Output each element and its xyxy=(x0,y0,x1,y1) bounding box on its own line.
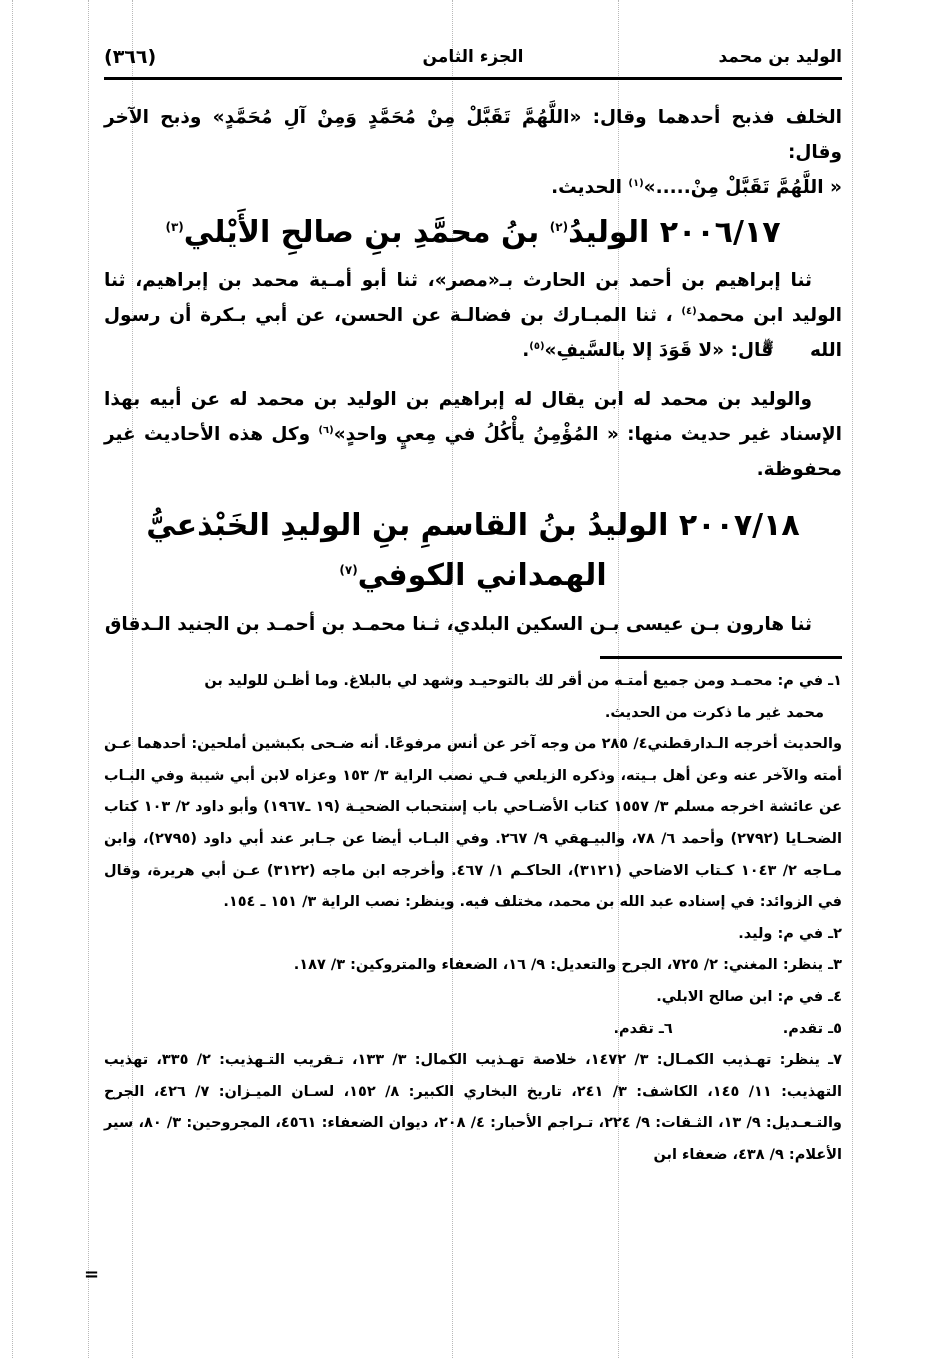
continuation-mark: = xyxy=(84,1266,99,1284)
footnote-text: ١ـ في م: محمـد ومن جميع أمتـه من أقر لك … xyxy=(204,673,842,689)
footnote-4: ٤ـ في م: ابن صالح الابلي. xyxy=(104,982,842,1014)
paragraph-commentary: والوليد بن محمد له ابن يقال له إبراهيم ب… xyxy=(104,382,842,487)
book-page: الوليد بن محمد الجزء الثامن (٣٦٦) الخلف … xyxy=(0,0,939,1358)
text-line: الحديث. xyxy=(551,177,628,198)
footnote-ref[interactable]: (٦) xyxy=(318,425,333,436)
footnote-ref[interactable]: (٤) xyxy=(681,306,696,317)
text-line: الخلف فذبح أحدهما وقال: «اللَّهُمَّ تَقَ… xyxy=(104,107,842,163)
footnote-7: ٧ـ ينظر: تهـذيب الكمـال: ٣/ ١٤٧٢، خلاصة … xyxy=(104,1045,842,1171)
footnotes: ١ـ في م: محمـد ومن جميع أمتـه من أقر لك … xyxy=(104,666,842,1172)
footnote-text: محمد غير ما ذكرت من الحديث. xyxy=(104,698,842,730)
footnote-1-continued: والحديث أخرجه الـدارقطني٤/ ٢٨٥ من وجه آخ… xyxy=(104,729,842,919)
text-line: « اللَّهُمَّ تَقَبَّلْ مِنْ.....» xyxy=(644,177,842,198)
entry-heading-2007: ٢٠٠٧/١٨ الوليدُ بنُ القاسمِ بنِ الوليدِ … xyxy=(104,501,842,601)
footnote-text: ٢ـ في م: وليد. xyxy=(738,926,842,942)
footnote-5: ٥ـ تقدم. xyxy=(783,1014,842,1046)
paragraph-isnad: ثنا هارون بـن عيسى بـن السكين البلدي، ثـ… xyxy=(104,607,842,642)
footnote-text: ٣ـ ينظر: المغني: ٢/ ٧٢٥، الجرح والتعديل:… xyxy=(294,957,842,973)
running-head: الوليد بن محمد الجزء الثامن (٣٦٦) xyxy=(104,44,842,74)
main-text: الخلف فذبح أحدهما وقال: «اللَّهُمَّ تَقَ… xyxy=(104,100,842,642)
footnote-text: ٤ـ في م: ابن صالح الابلي. xyxy=(656,989,842,1005)
footnote-ref[interactable]: (٥) xyxy=(529,341,544,352)
footnote-6: ٦ـ تقدم. xyxy=(613,1014,672,1046)
volume-label: الجزء الثامن xyxy=(422,44,523,70)
running-title: الوليد بن محمد xyxy=(718,44,842,70)
header-rule xyxy=(104,77,842,80)
footnote-ref[interactable]: (٣) xyxy=(165,220,183,234)
footnote-text: والحديث أخرجه الـدارقطني٤/ ٢٨٥ من وجه آخ… xyxy=(104,736,842,910)
page-number: (٣٦٦) xyxy=(104,44,156,70)
text-run: قال: «لا قَوَدَ إلا بالسَّيفِ» xyxy=(545,340,780,361)
footnote-separator xyxy=(600,656,842,659)
footnote-1: ١ـ في م: محمـد ومن جميع أمتـه من أقر لك … xyxy=(104,666,842,729)
scan-guide-line xyxy=(12,0,13,1358)
salla-allah-alayhi-wasallam-icon: ﷺ xyxy=(780,341,804,361)
entry-number: ٢٠٠٦/١٧ xyxy=(660,215,781,250)
entry-name: ٢٠٠٧/١٨ الوليدُ بنُ القاسمِ بنِ الوليدِ … xyxy=(146,508,799,543)
footnotes-5-6: ٥ـ تقدم. ٦ـ تقدم. xyxy=(104,1014,842,1046)
footnote-ref[interactable]: (٢) xyxy=(550,220,568,234)
entry-name: الهمداني الكوفي xyxy=(358,558,607,593)
scan-guide-line xyxy=(88,0,89,1358)
paragraph-continued: الخلف فذبح أحدهما وقال: «اللَّهُمَّ تَقَ… xyxy=(104,100,842,205)
entry-name: بنُ محمَّدِ بنِ صالحِ الأَيْلي xyxy=(184,215,550,250)
text-run: ثنا هارون بـن عيسى بـن السكين البلدي، ثـ… xyxy=(105,614,812,635)
footnote-3: ٣ـ ينظر: المغني: ٢/ ٧٢٥، الجرح والتعديل:… xyxy=(104,950,842,982)
paragraph-isnad: ثنا إبراهيم بن أحمد بن الحارث بـ«مصر»، ث… xyxy=(104,263,842,368)
footnote-text: ٧ـ ينظر: تهـذيب الكمـال: ٣/ ١٤٧٢، خلاصة … xyxy=(104,1052,842,1163)
entry-heading-2006: ٢٠٠٦/١٧ الوليدُ(٢) بنُ محمَّدِ بنِ صالحِ… xyxy=(104,209,842,257)
scan-guide-line xyxy=(852,0,853,1358)
footnote-ref[interactable]: (١) xyxy=(628,178,643,189)
footnote-2: ٢ـ في م: وليد. xyxy=(104,919,842,951)
footnote-ref[interactable]: (٧) xyxy=(339,563,357,577)
entry-name: الوليدُ xyxy=(568,215,649,250)
